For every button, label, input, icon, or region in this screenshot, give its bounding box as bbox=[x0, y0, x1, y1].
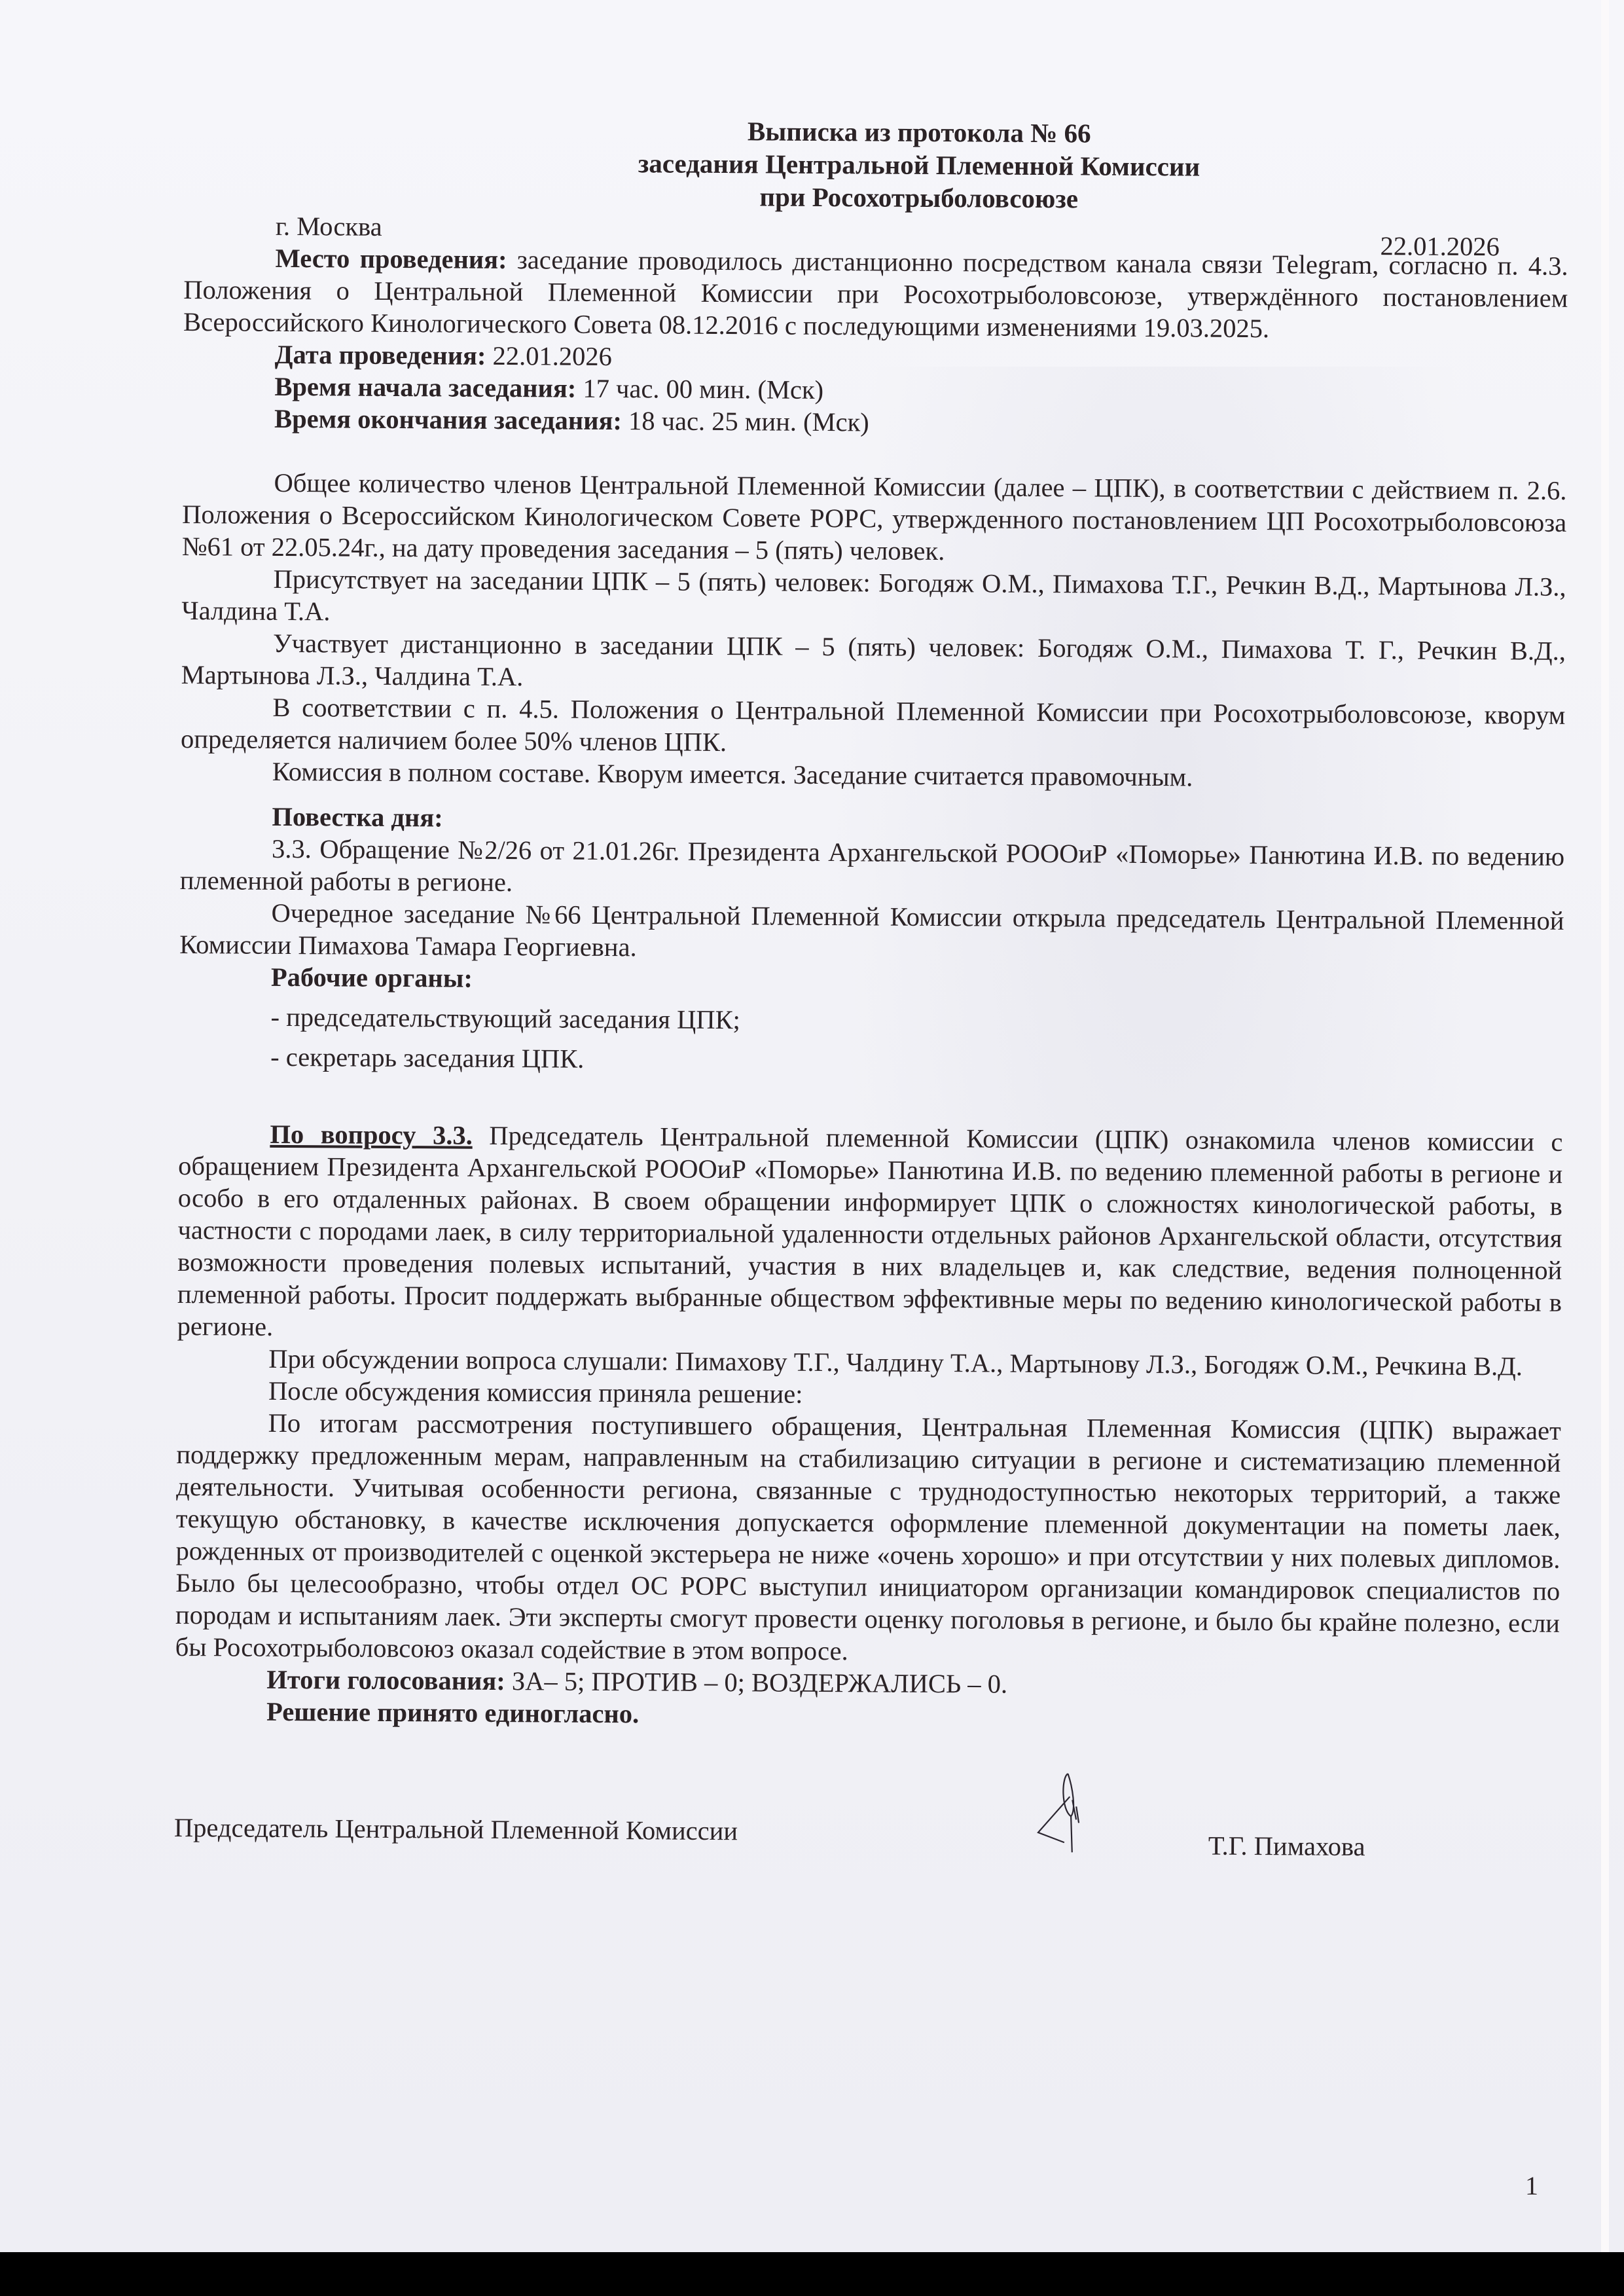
voting-label: Итоги голосования: bbox=[266, 1665, 505, 1696]
city: г. Москва bbox=[276, 210, 382, 243]
document-date: 22.01.2026 bbox=[1380, 230, 1500, 263]
question-paragraph: По вопросу 3.3. Председатель Центральной… bbox=[177, 1118, 1563, 1351]
members-remote: Участвует дистанционно в заседании ЦПК –… bbox=[181, 627, 1566, 699]
signatory-name: Т.Г. Пимахова bbox=[1208, 1830, 1365, 1863]
voting-result: ЗА– 5; ПРОТИВ – 0; ВОЗДЕРЖАЛИСЬ – 0. bbox=[505, 1666, 1008, 1699]
protocol-content: Выписка из протокола № 66 заседания Цент… bbox=[174, 111, 1569, 1852]
scan-bottom-border bbox=[0, 2252, 1624, 2296]
start-time-label: Время начала заседания: bbox=[274, 372, 576, 403]
question-text: Председатель Центральной племенной Комис… bbox=[177, 1121, 1563, 1341]
venue-paragraph: Место проведения: заседание проводилось … bbox=[183, 242, 1568, 346]
document-page: Выписка из протокола № 66 заседания Цент… bbox=[0, 0, 1624, 2252]
end-time-value: 18 час. 25 мин. (Мск) bbox=[622, 406, 869, 437]
question-label: По вопросу 3.3. bbox=[270, 1120, 473, 1150]
agenda-item: 3.3. Обращение №2/26 от 21.01.26г. Прези… bbox=[180, 832, 1565, 905]
agenda-opening: Очередное заседание №66 Центральной Плем… bbox=[179, 896, 1564, 969]
venue-label: Место проведения: bbox=[275, 244, 507, 274]
membership-total: Общее количество членов Центральной Плем… bbox=[182, 466, 1567, 571]
page-number: 1 bbox=[1525, 2170, 1538, 2201]
decision-paragraph: По итогам рассмотрения поступившего обра… bbox=[175, 1406, 1561, 1671]
page-edge bbox=[1601, 0, 1609, 2252]
document-title: Выписка из протокола № 66 заседания Цент… bbox=[269, 112, 1569, 218]
meeting-date-label: Дата проведения: bbox=[275, 340, 486, 371]
signature-row: Председатель Центральной Племенной Комис… bbox=[174, 1778, 1559, 1852]
working-body-chair: - председательствующий заседания ЦПК; bbox=[179, 1000, 1563, 1041]
handwritten-signature-icon bbox=[999, 1770, 1144, 1856]
quorum-rule: В соответствии с п. 4.5. Положения о Цен… bbox=[181, 691, 1566, 763]
members-present: Присутствует на заседании ЦПК – 5 (пять)… bbox=[181, 562, 1566, 635]
end-time-label: Время окончания заседания: bbox=[274, 404, 622, 435]
meeting-date-value: 22.01.2026 bbox=[486, 341, 612, 371]
signatory-position: Председатель Центральной Племенной Комис… bbox=[174, 1812, 999, 1849]
start-time-value: 17 час. 00 мин. (Мск) bbox=[576, 374, 823, 405]
